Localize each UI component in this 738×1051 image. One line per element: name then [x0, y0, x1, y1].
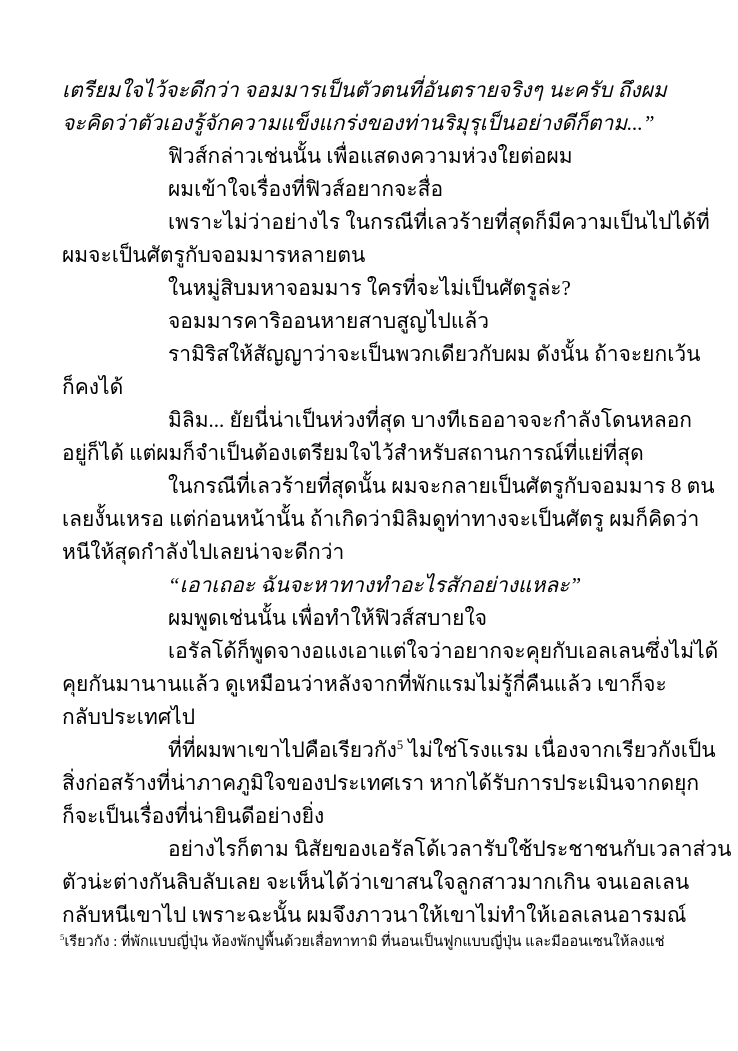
text-line: ก็จะเป็นเรื่องที่น่ายินดีอย่างยิ่ง [62, 800, 678, 833]
body-text-block: เตรียมใจไว้จะดีกว่า จอมมารเป็นตัวตนที่อั… [62, 74, 678, 932]
text-line: เอรัลโด้ก็พูดจางอแงเอาแต่ใจว่าอยากจะคุยก… [62, 635, 678, 668]
text-segment: ที่ที่ผมพาเขาไปคือเรียวกัง [168, 738, 397, 762]
text-line: เพราะไม่ว่าอย่างไร ในกรณีที่เลวร้ายที่สุ… [62, 206, 678, 239]
text-line: อย่างไรก็ตาม นิสัยของเอรัลโด้เวลารับใช้ป… [62, 833, 678, 866]
text-line: ผมพูดเช่นนั้น เพื่อทำให้ฟิวส์สบายใจ [62, 602, 678, 635]
text-line: จะคิดว่าตัวเองรู้จักความแข็งแกร่งของท่าน… [62, 107, 678, 140]
text-line: รามิริสให้สัญญาว่าจะเป็นพวกเดียวกับผม ดั… [62, 338, 678, 371]
footnote: 5เรียวกัง : ที่พักแบบญี่ปุ่น ห้องพักปูพื… [60, 932, 700, 952]
text-line: จอมมารคาริออนหายสาบสูญไปแล้ว [62, 305, 678, 338]
text-line: ผมเข้าใจเรื่องที่ฟิวส์อยากจะสื่อ [62, 173, 678, 206]
text-line: ในกรณีที่เลวร้ายที่สุดนั้น ผมจะกลายเป็นศ… [62, 470, 678, 503]
text-line: สิ่งก่อสร้างที่น่าภาคภูมิใจของประเทศเรา … [62, 767, 678, 800]
book-page: เตรียมใจไว้จะดีกว่า จอมมารเป็นตัวตนที่อั… [0, 0, 738, 1051]
text-line: กลับหนีเขาไป เพราะฉะนั้น ผมจึงภาวนาให้เข… [62, 899, 678, 932]
text-line: คุยกันมานานแล้ว ดูเหมือนว่าหลังจากที่พัก… [62, 668, 678, 701]
text-line: เตรียมใจไว้จะดีกว่า จอมมารเป็นตัวตนที่อั… [62, 74, 678, 107]
text-line: กลับประเทศไป [62, 701, 678, 734]
text-line: ตัวน่ะต่างกันลิบลับเลย จะเห็นได้ว่าเขาสน… [62, 866, 678, 899]
text-line: หนีให้สุดกำลังไปเลยน่าจะดีกว่า [62, 536, 678, 569]
text-line: มิลิม... ยัยนี่น่าเป็นห่วงที่สุด บางทีเธ… [62, 404, 678, 437]
text-line: เลยงั้นเหรอ แต่ก่อนหน้านั้น ถ้าเกิดว่ามิ… [62, 503, 678, 536]
text-line: ฟิวส์กล่าวเช่นนั้น เพื่อแสดงความห่วงใยต่… [62, 140, 678, 173]
text-line: ในหมู่สิบมหาจอมมาร ใครที่จะไม่เป็นศัตรูล… [62, 272, 678, 305]
text-line: อยู่ก็ได้ แต่ผมก็จำเป็นต้องเตรียมใจไว้สำ… [62, 437, 678, 470]
text-line: ก็คงได้ [62, 371, 678, 404]
text-line: ที่ที่ผมพาเขาไปคือเรียวกัง5 ไม่ใช่โรงแรม… [62, 734, 678, 767]
footnote-text: เรียวกัง : ที่พักแบบญี่ปุ่น ห้องพักปูพื้… [64, 934, 664, 950]
text-line-quote: “เอาเถอะ ฉันจะหาทางทำอะไรสักอย่างแหละ” [62, 569, 678, 602]
text-segment: ไม่ใช่โรงแรม เนื่องจากเรียวกังเป็น [403, 738, 715, 762]
text-line: ผมจะเป็นศัตรูกับจอมมารหลายตน [62, 239, 678, 272]
